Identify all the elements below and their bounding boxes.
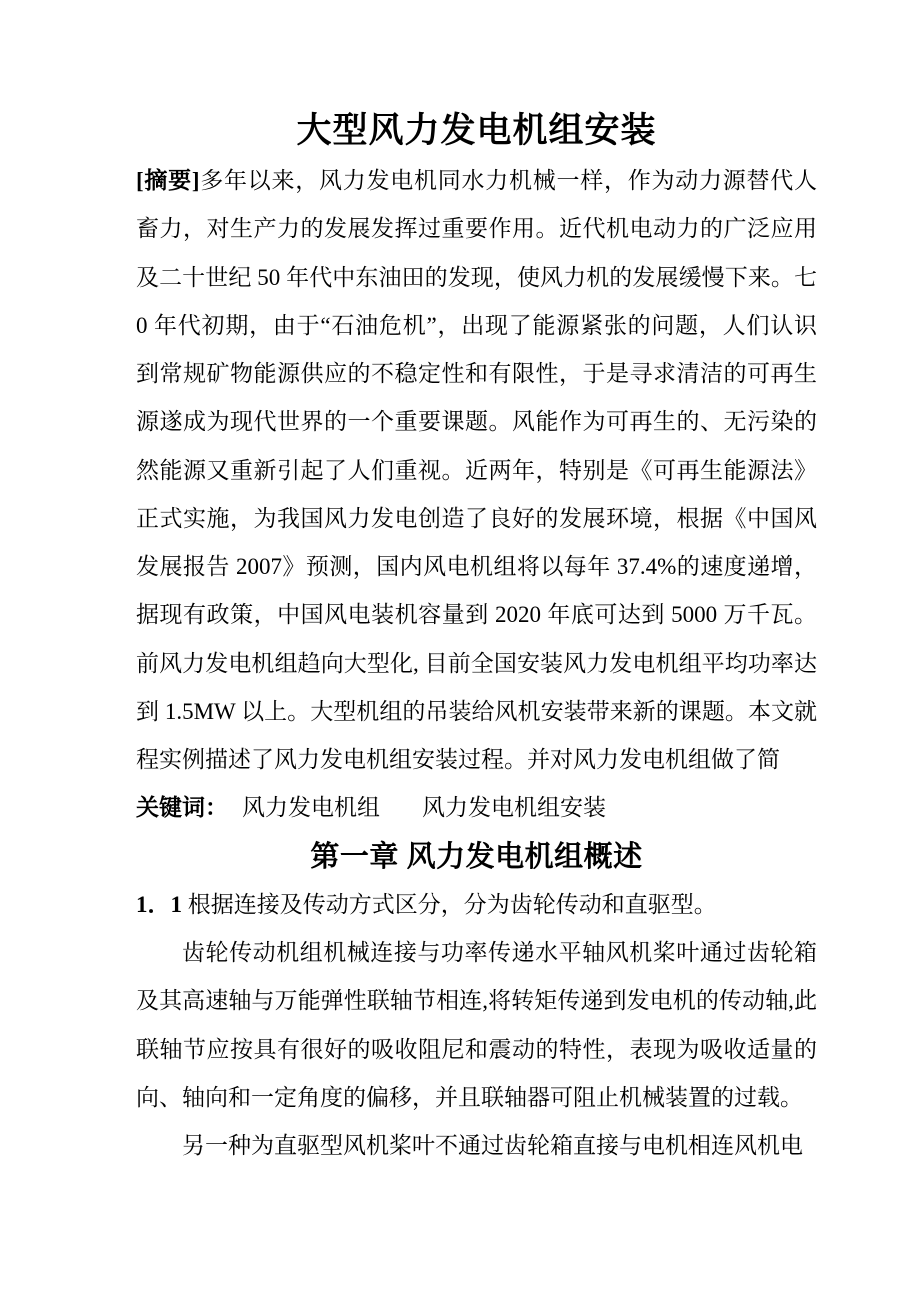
- text-line: 发展报告 2007》预测，国内风电机组将以每年 37.4%的速度递增，依: [136, 543, 817, 591]
- keyword-item-1: 风力发电机组: [242, 795, 380, 820]
- text-segment: 到常规矿物能源供应的不稳定性和有限性，于是寻求清洁的可再生能: [136, 361, 817, 398]
- text-segment: 畜力，对生产力的发展发挥过重要作用。近代机电动力的广泛应用以: [136, 216, 817, 253]
- text-segment: 另一种为直驱型风机桨叶不通过齿轮箱直接与电机相连风机电: [182, 1133, 803, 1158]
- text-segment: 源遂成为现代世界的一个重要课题。风能作为可再生的、无污染的自: [136, 409, 817, 446]
- text-line: 及二十世纪 50 年代中东油田的发现，使风力机的发展缓慢下来。七: [136, 254, 817, 302]
- text-line: 联轴节应按具有很好的吸收阻尼和震动的特性，表现为吸收适量的径: [136, 1026, 817, 1074]
- text-segment: 程实例描述了风力发电机组安装过程。并对风力发电机组做了简述。: [136, 747, 780, 784]
- text-line: 另一种为直驱型风机桨叶不通过齿轮箱直接与电机相连风机电: [136, 1122, 817, 1170]
- text-line: 正式实施，为我国风力发电创造了良好的发展环境，根据《中国风电: [136, 495, 817, 543]
- text-line: 齿轮传动机组机械连接与功率传递水平轴风机桨叶通过齿轮箱: [136, 929, 817, 977]
- text-segment: 齿轮传动机组机械连接与功率传递水平轴风机桨叶通过齿轮箱: [182, 940, 817, 965]
- text-line: 到 1.5MW 以上。大型机组的吊装给风机安装带来新的课题。本文就工: [136, 688, 817, 736]
- section-1-1-line: 1．1 根据连接及传动方式区分，分为齿轮传动和直驱型。: [136, 881, 817, 929]
- keywords-line: 关键词：风力发电机组风力发电机组安装: [136, 784, 817, 832]
- document-title: 大型风力发电机组安装: [136, 104, 817, 157]
- text-segment: 然能源又重新引起了人们重视。近两年，特别是《可再生能源法》的: [136, 458, 817, 495]
- keyword-item-2: 风力发电机组安装: [422, 795, 606, 820]
- text-segment: 及其高速轴与万能弹性联轴节相连,将转矩传递到发电机的传动轴,此: [136, 988, 817, 1013]
- paragraph-gear-drive: 齿轮传动机组机械连接与功率传递水平轴风机桨叶通过齿轮箱及其高速轴与万能弹性联轴节…: [136, 929, 817, 1122]
- text-segment: 据现有政策，中国风电装机容量到 2020 年底可达到 5000 万千瓦。目: [136, 602, 817, 639]
- text-segment: 发展报告 2007》预测，国内风电机组将以每年 37.4%的速度递增，依: [136, 554, 817, 591]
- text-line: 向、轴向和一定角度的偏移，并且联轴器可阻止机械装置的过载。: [136, 1074, 817, 1122]
- text-line: [摘要]多年以来，风力发电机同水力机械一样，作为动力源替代人力、: [136, 157, 817, 205]
- text-segment: 前风力发电机组趋向大型化, 目前全国安装风力发电机组平均功率达: [136, 651, 817, 676]
- text-segment: 根据连接及传动方式区分，分为齿轮传动和直驱型。: [182, 892, 717, 917]
- text-line: 据现有政策，中国风电装机容量到 2020 年底可达到 5000 万千瓦。目: [136, 591, 817, 639]
- text-line: 然能源又重新引起了人们重视。近两年，特别是《可再生能源法》的: [136, 447, 817, 495]
- text-line: 0 年代初期，由于“石油危机”，出现了能源紧张的问题，人们认识: [136, 302, 817, 350]
- text-line: 到常规矿物能源供应的不稳定性和有限性，于是寻求清洁的可再生能: [136, 350, 817, 398]
- text-line: 前风力发电机组趋向大型化, 目前全国安装风力发电机组平均功率达: [136, 640, 817, 688]
- text-segment: 多年以来，风力发电机同水力机械一样，作为动力源替代人力、: [136, 168, 817, 205]
- keywords-label: 关键词：: [136, 795, 228, 820]
- text-segment: 0 年代初期，由于“石油危机”，出现了能源紧张的问题，人们认识: [136, 313, 817, 338]
- bold-text-segment: 1．1: [136, 892, 182, 917]
- paragraph-direct-drive: 另一种为直驱型风机桨叶不通过齿轮箱直接与电机相连风机电: [136, 1122, 817, 1170]
- text-segment: 正式实施，为我国风力发电创造了良好的发展环境，根据《中国风电: [136, 506, 817, 543]
- abstract-paragraph: [摘要]多年以来，风力发电机同水力机械一样，作为动力源替代人力、畜力，对生产力的…: [136, 157, 817, 784]
- text-segment: 向、轴向和一定角度的偏移，并且联轴器可阻止机械装置的过载。: [136, 1085, 803, 1110]
- text-line: 及其高速轴与万能弹性联轴节相连,将转矩传递到发电机的传动轴,此: [136, 977, 817, 1025]
- text-segment: 到 1.5MW 以上。大型机组的吊装给风机安装带来新的课题。本文就工: [136, 699, 817, 736]
- chapter-heading: 第一章 风力发电机组概述: [136, 833, 817, 881]
- text-line: 程实例描述了风力发电机组安装过程。并对风力发电机组做了简述。: [136, 736, 817, 784]
- text-line: 畜力，对生产力的发展发挥过重要作用。近代机电动力的广泛应用以: [136, 205, 817, 253]
- text-segment: 联轴节应按具有很好的吸收阻尼和震动的特性，表现为吸收适量的径: [136, 1037, 817, 1074]
- document-page: 大型风力发电机组安装 [摘要]多年以来，风力发电机同水力机械一样，作为动力源替代…: [0, 0, 920, 1302]
- text-segment: 及二十世纪 50 年代中东油田的发现，使风力机的发展缓慢下来。七: [136, 265, 817, 290]
- text-line: 1．1 根据连接及传动方式区分，分为齿轮传动和直驱型。: [136, 881, 817, 929]
- document-content: 大型风力发电机组安装 [摘要]多年以来，风力发电机同水力机械一样，作为动力源替代…: [136, 104, 817, 1170]
- bold-text-segment: [摘要]: [136, 168, 200, 193]
- text-line: 源遂成为现代世界的一个重要课题。风能作为可再生的、无污染的自: [136, 398, 817, 446]
